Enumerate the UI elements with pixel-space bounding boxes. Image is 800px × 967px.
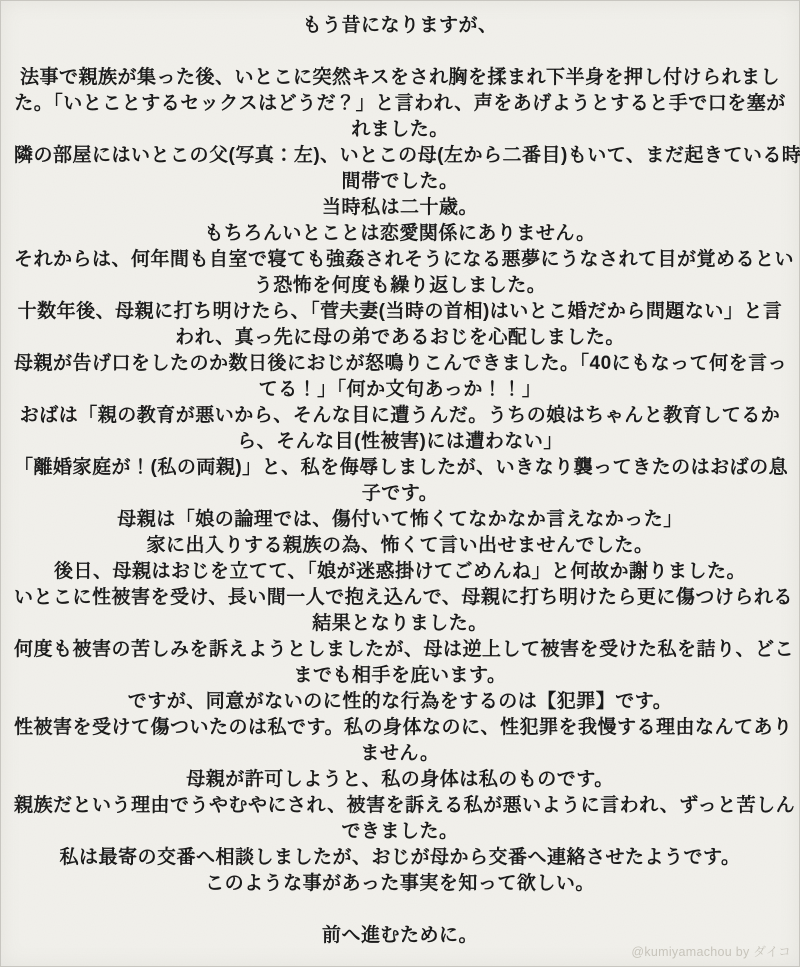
text-line: 「離婚家庭が！(私の両親)」と、私を侮辱しましたが、いきなり襲ってきたのはおばの…: [14, 455, 786, 481]
text-line: おばは「親の教育が悪いから、そんな目に遭うんだ。うちの娘はちゃんと教育してるか: [14, 403, 786, 429]
text-line: てる！」「何か文句あっか！！」: [14, 377, 786, 403]
text-line: できました。: [14, 819, 786, 845]
text-line: 母親が告げ口をしたのか数日後におじが怒鳴りこんできました。「40にもなって何を言…: [14, 351, 786, 377]
text-line: 私は最寄の交番へ相談しましたが、おじが母から交番へ連絡させたようです。: [14, 845, 786, 871]
text-line: う恐怖を何度も繰り返しました。: [14, 273, 786, 299]
paper-page: もう昔になりますが、 法事で親族が集った後、いとこに突然キスをされ胸を揉まれ下半…: [0, 0, 800, 967]
text-line: 隣の部屋にはいとこの父(写真：左)、いとこの母(左から二番目)もいて、まだ起きて…: [14, 143, 786, 169]
text-line: れました。: [14, 117, 786, 143]
text-line: 後日、母親はおじを立てて、「娘が迷惑掛けてごめんね」と何故か謝りました。: [14, 559, 786, 585]
text-line: 子です。: [14, 481, 786, 507]
text-line: 十数年後、母親に打ち明けたら、「菅夫妻(当時の首相)はいとこ婚だから問題ない」と…: [14, 299, 786, 325]
text-line: 家に出入りする親族の為、怖くて言い出せませんでした。: [14, 533, 786, 559]
blank-line: [14, 39, 786, 65]
text-line: た。「いとことするセックスはどうだ？」と言われ、声をあげようとすると手で口を塞が: [14, 91, 786, 117]
text-line: までも相手を庇います。: [14, 663, 786, 689]
text-line: 間帯でした。: [14, 169, 786, 195]
text-line: 母親が許可しようと、私の身体は私のものです。: [14, 767, 786, 793]
text-line: ません。: [14, 741, 786, 767]
text-line: 当時私は二十歳。: [14, 195, 786, 221]
text-line: それからは、何年間も自室で寝ても強姦されそうになる悪夢にうなされて目が覚めるとい: [14, 247, 786, 273]
text-line: 何度も被害の苦しみを訴えようとしましたが、母は逆上して被害を受けた私を詰り、どこ: [14, 637, 786, 663]
blank-line: [14, 897, 786, 923]
text-line: 母親は「娘の論理では、傷付いて怖くてなかなか言えなかった」: [14, 507, 786, 533]
text-line: われ、真っ先に母の弟であるおじを心配しました。: [14, 325, 786, 351]
text-line: ですが、同意がないのに性的な行為をするのは【犯罪】です。: [14, 689, 786, 715]
text-line: いとこに性被害を受け、長い間一人で抱え込んで、母親に打ち明けたら更に傷つけられる: [14, 585, 786, 611]
watermark-credit: @kumiyamachou by ダイコ: [631, 942, 791, 960]
text-line: もちろんいとことは恋愛関係にありません。: [14, 221, 786, 247]
text-line: 親族だという理由でうやむやにされ、被害を訴える私が悪いように言われ、ずっと苦しん: [14, 793, 786, 819]
text-line: 結果となりました。: [14, 611, 786, 637]
text-line: ら、そんな目(性被害)には遭わない」: [14, 429, 786, 455]
text-line: 性被害を受けて傷ついたのは私です。私の身体なのに、性犯罪を我慢する理由なんてあり: [14, 715, 786, 741]
text-line: 法事で親族が集った後、いとこに突然キスをされ胸を揉まれ下半身を押し付けられまし: [14, 65, 786, 91]
text-line: このような事があった事実を知って欲しい。: [14, 871, 786, 897]
statement-text: もう昔になりますが、 法事で親族が集った後、いとこに突然キスをされ胸を揉まれ下半…: [0, 0, 800, 949]
text-line: もう昔になりますが、: [14, 13, 786, 39]
